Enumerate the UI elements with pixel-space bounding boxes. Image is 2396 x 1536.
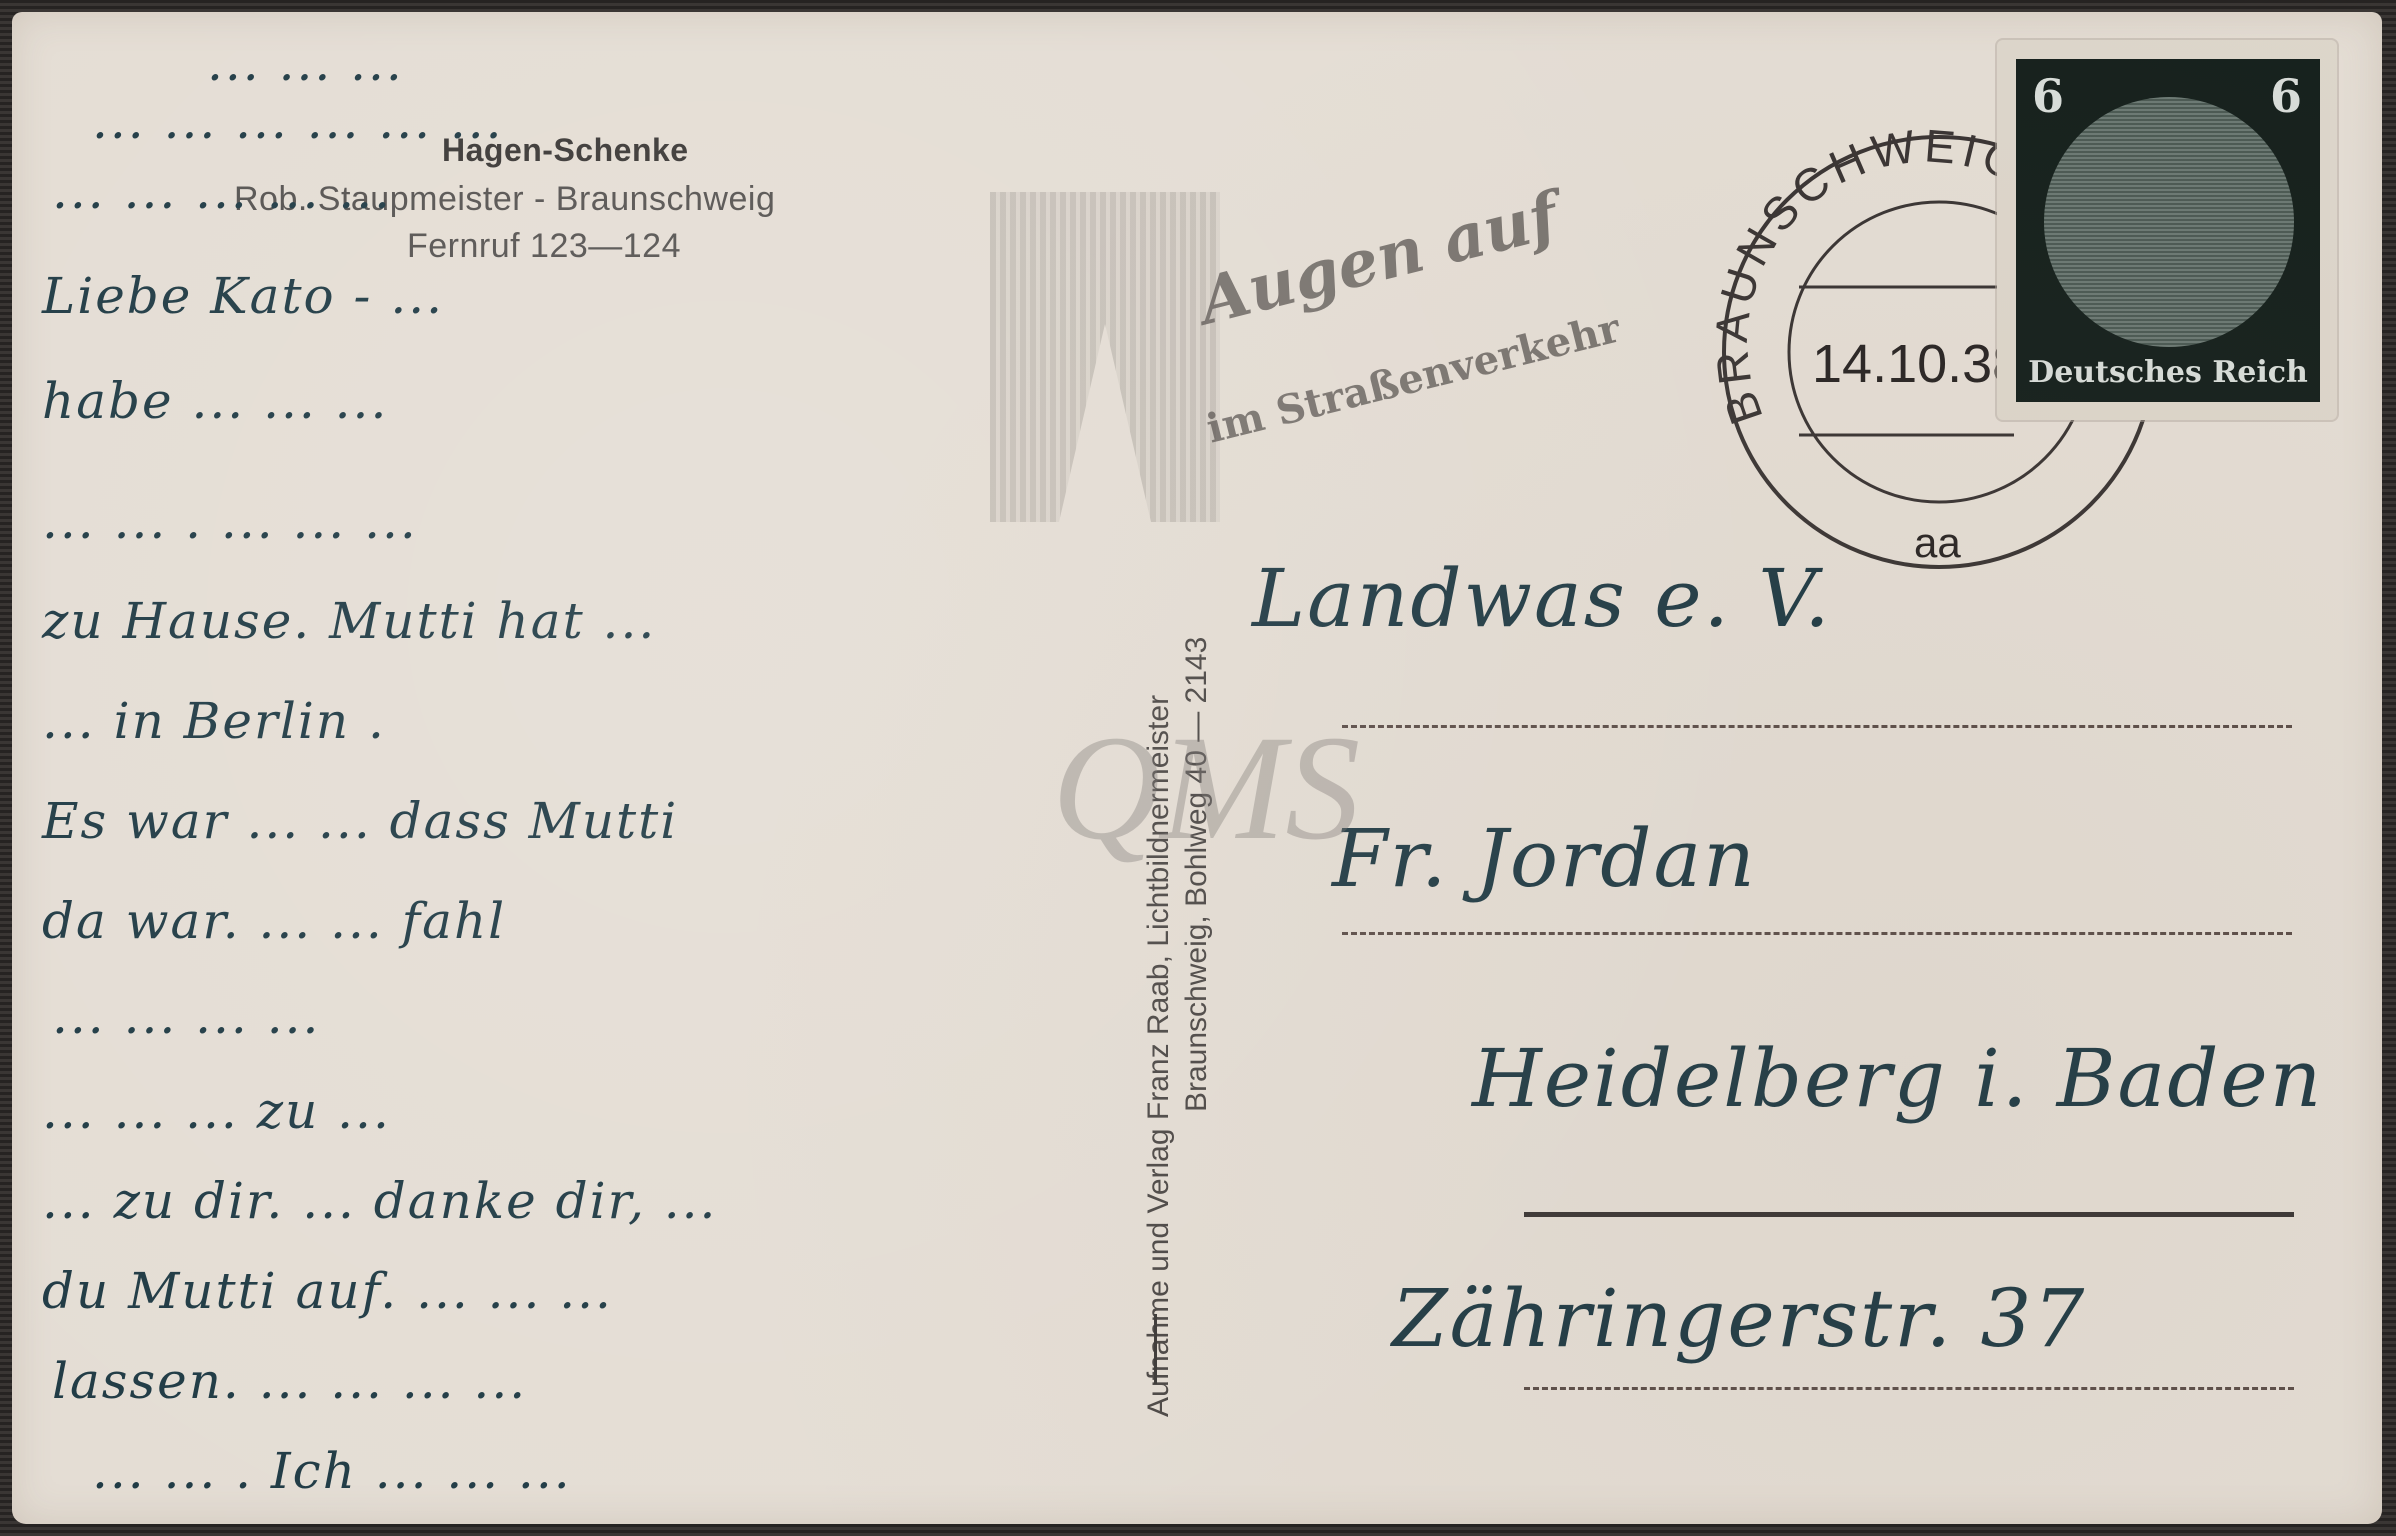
postmark-date: 14.10.38 — [1812, 334, 2022, 394]
stamp-face: 6 6 Deutsches Reich — [2016, 59, 2320, 402]
message-line: lassen. ... ... ... ... — [52, 1352, 527, 1410]
postmark-code: aa — [1914, 519, 1961, 566]
address-rule-solid — [1524, 1212, 2294, 1217]
imprint-rule — [1154, 1314, 1157, 1384]
slogan-cancel-line2: im Straßenverkehr — [1202, 304, 1625, 452]
message-line: ... ... . Ich ... ... ... — [92, 1442, 572, 1500]
message-line: ... ... ... ... — [52, 987, 320, 1045]
message-line: habe ... ... ... — [42, 372, 388, 430]
postage-stamp: 6 6 Deutsches Reich — [1997, 40, 2337, 420]
address-line-4: Zähringerstr. 37 — [1392, 1272, 2086, 1365]
watermark: QMS — [1052, 702, 1360, 874]
message-line: ... ... ... — [207, 34, 404, 92]
printed-header-phone: Fernruf 123—124 — [407, 227, 681, 266]
stamp-value-left: 6 — [2032, 69, 2064, 123]
message-line: ... in Berlin . — [42, 692, 386, 750]
message-line: ... ... ... zu ... — [42, 1082, 391, 1140]
address-line-2: Fr. Jordan — [1332, 812, 1757, 905]
address-line-3: Heidelberg i. Baden — [1472, 1032, 2323, 1125]
message-line: ... zu dir. ... danke dir, ... — [42, 1172, 717, 1230]
address-rule — [1342, 725, 2292, 728]
stamp-country: Deutsches Reich — [2016, 355, 2320, 390]
message-line: Es war ... ... dass Mutti — [42, 792, 678, 850]
postcard: Hagen-Schenke Rob. Staupmeister - Brauns… — [12, 12, 2382, 1524]
slogan-cancel-line1: Augen auf — [1192, 178, 1565, 339]
address-line-1: Landwas e. V. — [1252, 552, 1832, 645]
message-line: da war. ... ... fahl — [42, 892, 506, 950]
stamp-value-right: 6 — [2270, 69, 2302, 123]
address-rule — [1524, 1387, 2294, 1390]
message-line: ... ... ... ... ... ... — [92, 92, 504, 150]
slogan-cancel-graphic — [990, 192, 1220, 522]
message-line: ... ... . ... ... ... — [42, 492, 418, 550]
message-line: zu Hause. Mutti hat ... — [42, 592, 656, 650]
portrait-medallion-icon — [2044, 97, 2294, 347]
message-line: ... ... ... ... ... — [52, 162, 392, 220]
message-line: du Mutti auf. ... ... ... — [42, 1262, 613, 1320]
message-line: Liebe Kato - ... — [42, 267, 444, 325]
address-rule — [1342, 932, 2292, 935]
